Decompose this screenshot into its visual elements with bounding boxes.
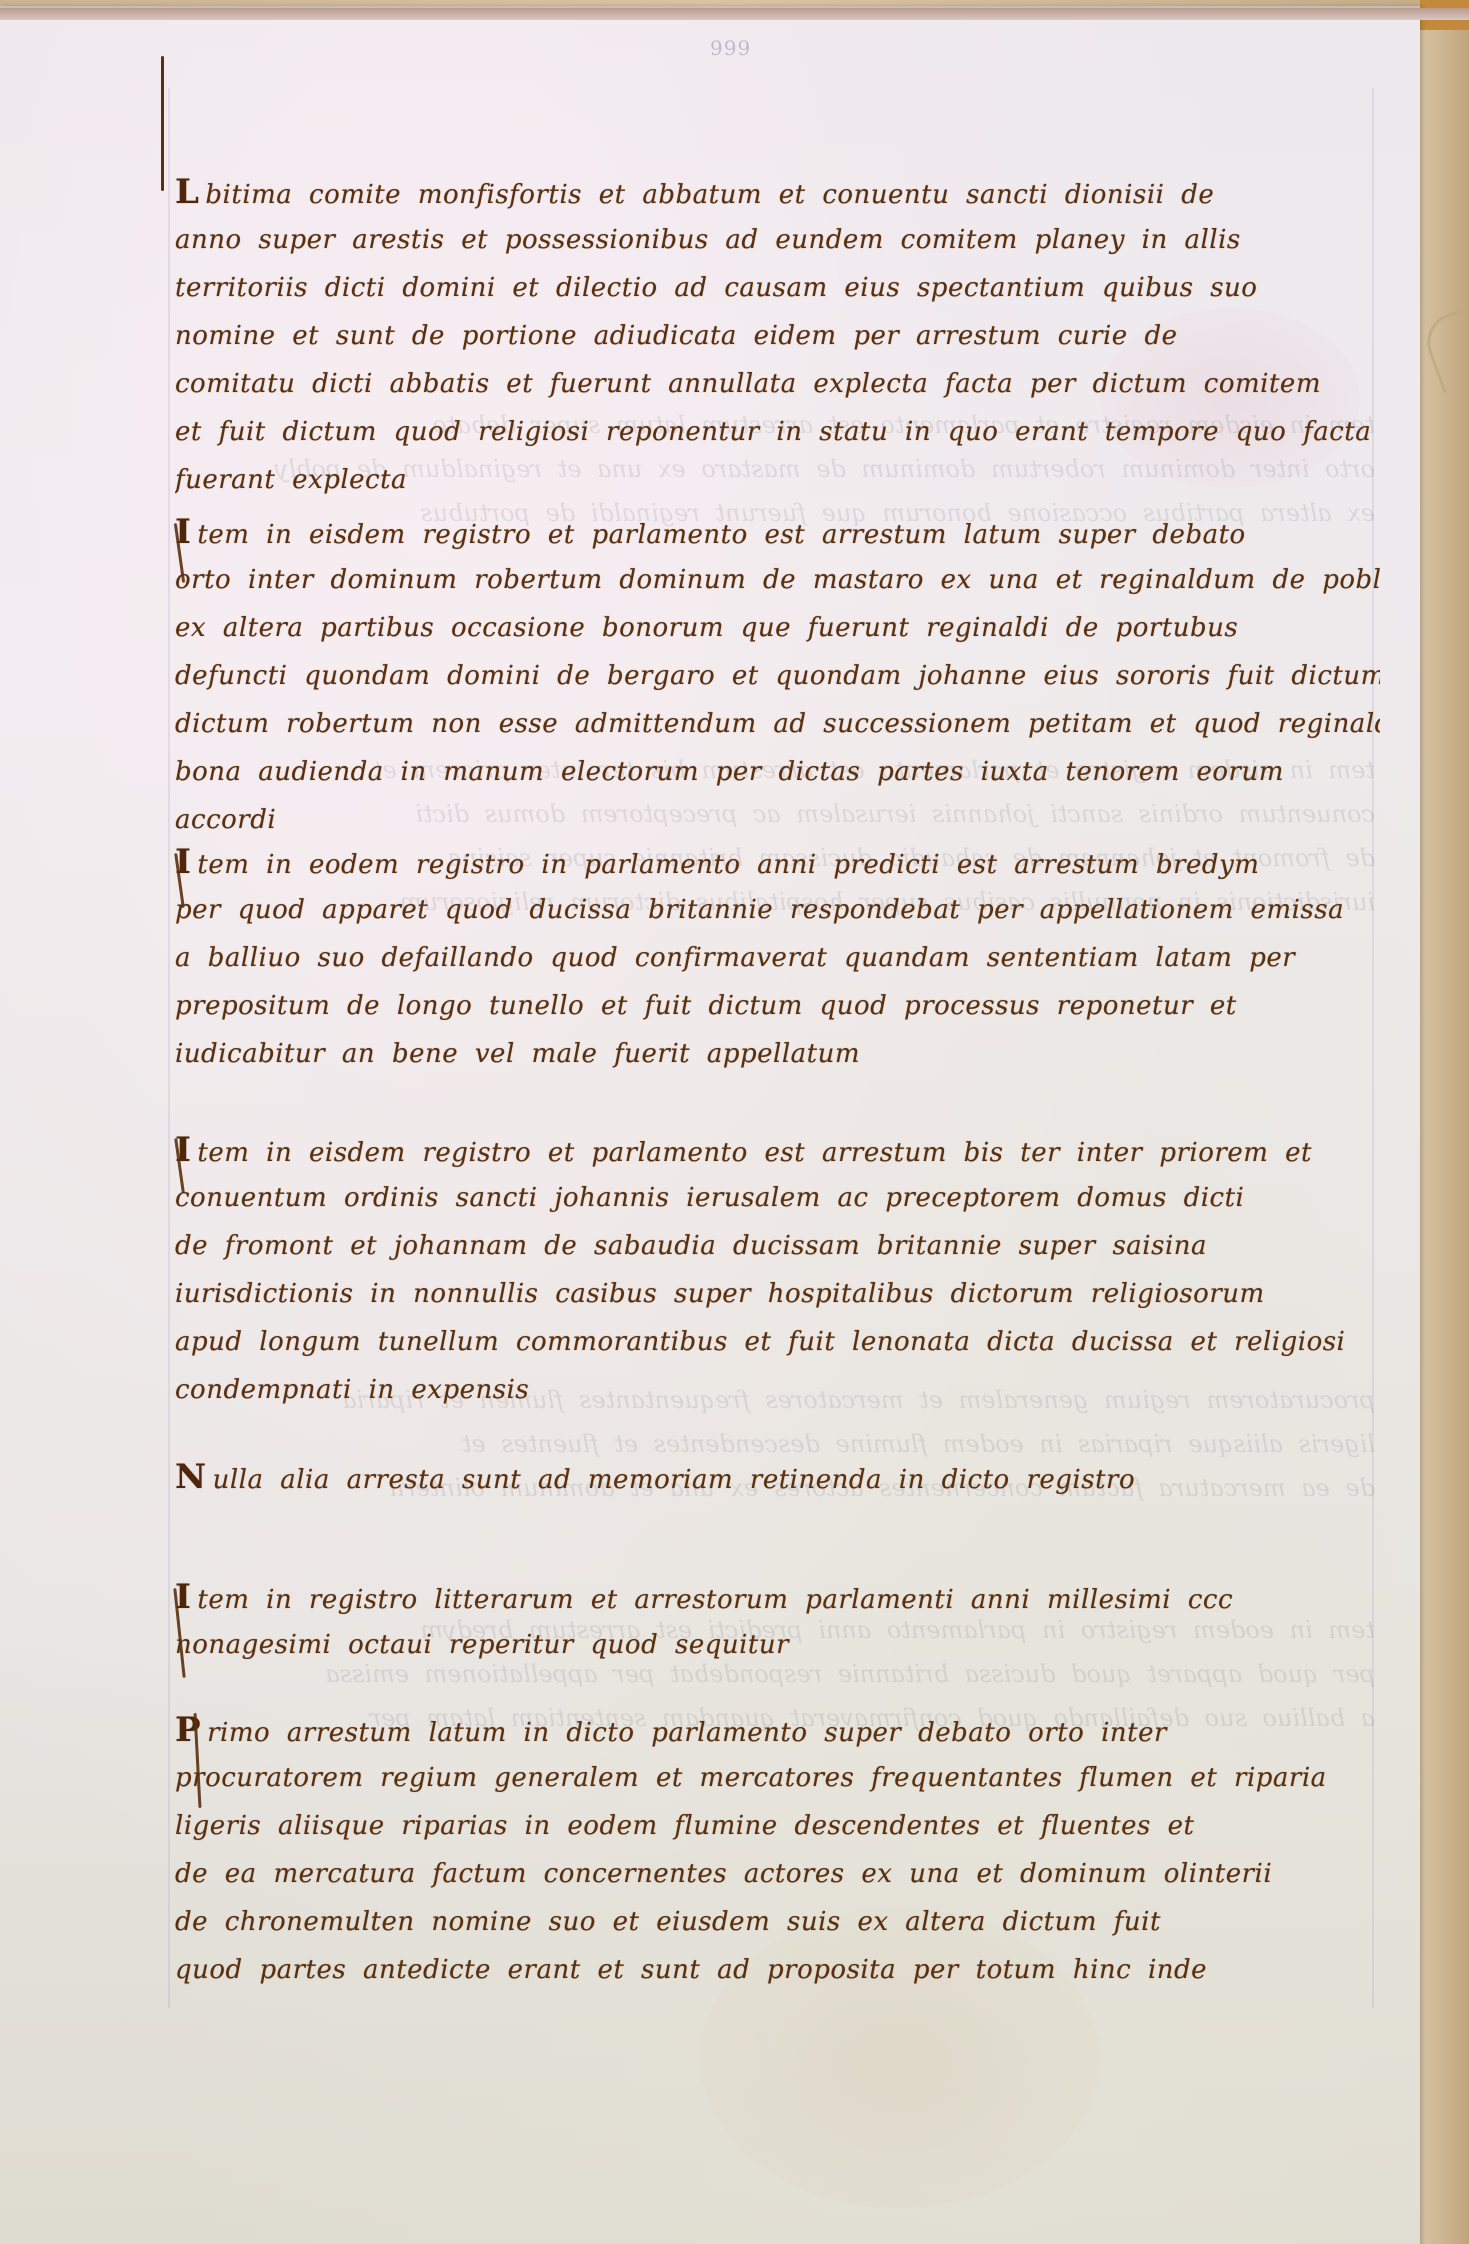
text-line: de fromont et johannam de sabaudia ducis… xyxy=(175,1222,1380,1270)
text-line: Item in eisdem registro et parlamento es… xyxy=(175,508,1380,556)
text-line: quod partes antedicte erant et sunt ad p… xyxy=(175,1946,1380,1994)
text-line: iudicabitur an bene vel male fuerit appe… xyxy=(175,1030,1380,1078)
margin-ruling-left xyxy=(168,88,170,2008)
paragraph-3: Item in eodem registro in parlamento ann… xyxy=(175,838,1380,1078)
text-line: condempnati in expensis xyxy=(175,1366,1380,1414)
page-top-edge xyxy=(0,8,1469,20)
initial-letter: L xyxy=(175,172,199,212)
text-line: anno super arestis et possessionibus ad … xyxy=(175,216,1380,264)
text-line: nomine et sunt de portione adiudicata ei… xyxy=(175,312,1380,360)
paragraph-6: Item in registro litterarum et arrestoru… xyxy=(175,1573,1380,1669)
paragraph-1: Lbitima comite monfisfortis et abbatum e… xyxy=(175,168,1380,504)
paragraph-4: Item in eisdem registro et parlamento es… xyxy=(175,1126,1380,1414)
text-line: Item in eisdem registro et parlamento es… xyxy=(175,1126,1380,1174)
text-line: Item in eodem registro in parlamento ann… xyxy=(175,838,1380,886)
text-line: Lbitima comite monfisfortis et abbatum e… xyxy=(175,168,1380,216)
paragraph-5: Nulla alia arresta sunt ad memoriam reti… xyxy=(175,1453,1380,1501)
text-line: apud longum tunellum commorantibus et fu… xyxy=(175,1318,1380,1366)
text-line: bona audienda in manum electorum per dic… xyxy=(175,748,1380,796)
paragraph-7: Primo arrestum latum in dicto parlamento… xyxy=(175,1706,1380,1994)
text-line: et fuit dictum quod religiosi reponentur… xyxy=(175,408,1380,456)
text-line: Nulla alia arresta sunt ad memoriam reti… xyxy=(175,1453,1380,1501)
text-line: Item in registro litterarum et arrestoru… xyxy=(175,1573,1380,1621)
text-line: defuncti quondam domini de bergaro et qu… xyxy=(175,652,1380,700)
text-line: accordi xyxy=(175,796,1380,844)
text-line: iurisdictionis in nonnullis casibus supe… xyxy=(175,1270,1380,1318)
text-line: territoriis dicti domini et dilectio ad … xyxy=(175,264,1380,312)
manuscript-page: 999 tem in eisdem registro et parlamento… xyxy=(0,6,1420,2244)
text-line: orto inter dominum robertum dominum de m… xyxy=(175,556,1380,604)
text-line: conuentum ordinis sancti johannis ierusa… xyxy=(175,1174,1380,1222)
initial-l-stroke xyxy=(161,56,164,191)
initial-letter: N xyxy=(175,1457,207,1497)
text-line: ex altera partibus occasione bonorum que… xyxy=(175,604,1380,652)
text-line: a balliuo suo defaillando quod confirmav… xyxy=(175,934,1380,982)
text-line: comitatu dicti abbatis et fuerunt annull… xyxy=(175,360,1380,408)
text-line: nonagesimi octaui reperitur quod sequitu… xyxy=(175,1621,1380,1669)
text-line: procuratorem regium generalem et mercato… xyxy=(175,1754,1380,1802)
text-line: ligeris aliisque riparias in eodem flumi… xyxy=(175,1802,1380,1850)
text-line: fuerant explecta xyxy=(175,456,1380,504)
text-line: dictum robertum non esse admittendum ad … xyxy=(175,700,1380,748)
text-line: de ea mercatura factum concernentes acto… xyxy=(175,1850,1380,1898)
text-line: per quod apparet quod ducissa britannie … xyxy=(175,886,1380,934)
text-line: prepositum de longo tunello et fuit dict… xyxy=(175,982,1380,1030)
text-line: Primo arrestum latum in dicto parlamento… xyxy=(175,1706,1380,1754)
text-line: de chronemulten nomine suo et eiusdem su… xyxy=(175,1898,1380,1946)
paragraph-2: Item in eisdem registro et parlamento es… xyxy=(175,508,1380,844)
photo-scene: 999 tem in eisdem registro et parlamento… xyxy=(0,0,1469,2244)
folio-number: 999 xyxy=(710,36,751,60)
